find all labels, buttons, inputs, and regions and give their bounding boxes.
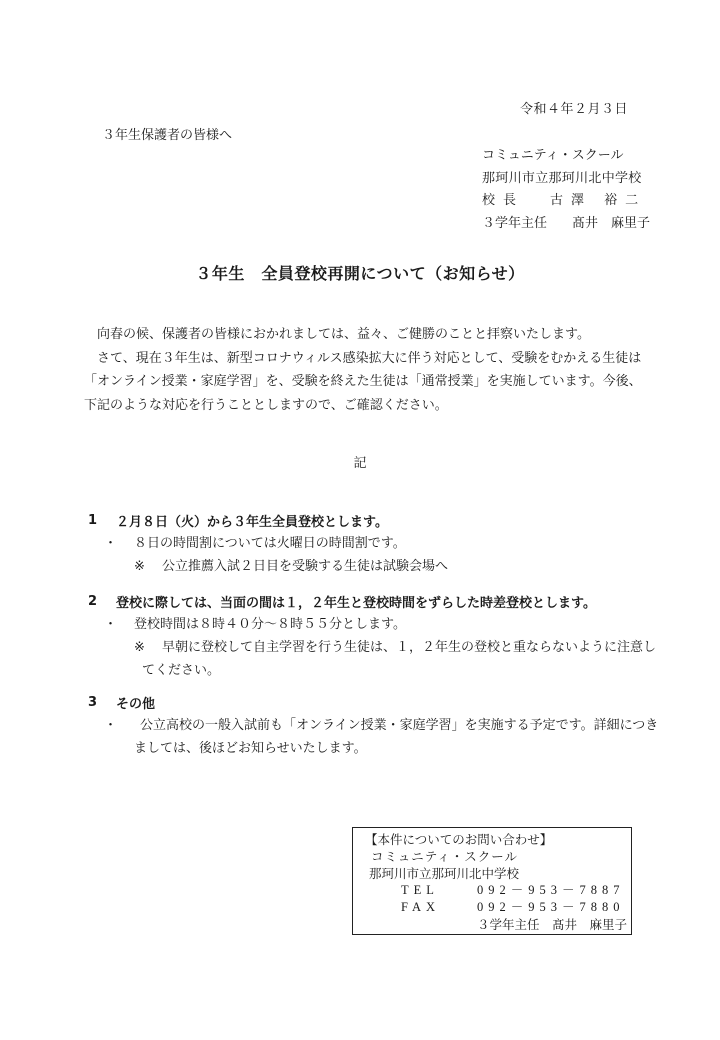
contact-school: 那珂川市立那珂川北中学校 [365,865,631,882]
section-number: 1 [88,513,116,528]
contact-tel-row: TEL 092－953－7887 [365,882,631,899]
bullet-text: 登校時間は８時４０分～８時５５分とします。 [134,613,406,636]
note-item: ※ 早朝に登校して自主学習を行う生徒は、１，２年生の登校と重ならないように注意し [88,636,668,659]
body-paragraph-main: さて、現在３年生は、新型コロナウィルス感染拡大に伴う対応として、受験をむかえる生… [84,347,644,418]
reference-mark-icon: ※ [134,636,162,659]
contact-fax-row: FAX 092－953－7880 [365,899,631,916]
contact-org: コミュニティ・スクール [365,848,631,865]
principal-name: 古澤 裕二 [550,193,646,208]
grade-role: ３学年主任 [482,213,572,236]
section-heading: 1 ２月８日（火）から３年生全員登校とします。 [88,509,668,532]
document-date: 令和４年２月３日 [520,98,628,117]
bullet-icon: ・ [88,613,134,636]
principal-role: 校長 [482,190,550,213]
note-text: 早朝に登校して自主学習を行う生徒は、１，２年生の登校と重ならないように注意し [162,636,656,659]
body-paragraph-greeting: 向春の候、保護者の皆様におかれましては、益々、ご健勝のことと拝察いたします。 [84,323,644,347]
bullet-item: ・ 公立高校の一般入試前も「オンライン授業・家庭学習」を実施する予定です。詳細に… [88,714,668,737]
note-text-continued: てください。 [88,659,668,682]
tel-label: TEL [401,882,477,899]
section-title: ２月８日（火）から３年生全員登校とします。 [116,511,388,530]
note-text: 公立推薦入試２日目を受験する生徒は試験会場へ [162,555,448,578]
bullet-icon: ・ [88,532,134,555]
sender-grade-head: ３学年主任髙井 麻里子 [482,213,650,236]
section-number: 3 [88,695,116,710]
reference-mark-icon: ※ [134,555,162,578]
sender-school: 那珂川市立那珂川北中学校 [482,168,650,191]
fax-label: FAX [401,899,477,916]
bullet-text-continued: ましては、後ほどお知らせいたします。 [88,737,668,760]
body-text: 向春の候、保護者の皆様におかれましては、益々、ご健勝のことと拝察いたします。 さ… [84,323,644,417]
fax-number: 092－953－7880 [477,899,625,916]
bullet-text: ８日の時間割については火曜日の時間割です。 [134,532,406,555]
section-1: 1 ２月８日（火）から３年生全員登校とします。 ・ ８日の時間割については火曜日… [88,509,668,578]
sender-block: コミュニティ・スクール 那珂川市立那珂川北中学校 校長古澤 裕二 ３学年主任髙井… [482,145,650,235]
note-item: ※ 公立推薦入試２日目を受験する生徒は試験会場へ [88,555,668,578]
contact-heading: 【本件についてのお問い合わせ】 [365,831,631,848]
bullet-icon: ・ [88,714,134,737]
section-3: 3 その他 ・ 公立高校の一般入試前も「オンライン授業・家庭学習」を実施する予定… [88,691,668,760]
contact-person: ３学年主任 髙井 麻里子 [365,916,631,933]
contact-box: 【本件についてのお問い合わせ】 コミュニティ・スクール 那珂川市立那珂川北中学校… [352,827,632,935]
sender-org: コミュニティ・スクール [482,145,650,168]
addressee: ３年生保護者の皆様へ [102,124,232,143]
bullet-item: ・ 登校時間は８時４０分～８時５５分とします。 [88,613,668,636]
section-heading: 2 登校に際しては、当面の間は１，２年生と登校時間をずらした時差登校とします。 [88,590,668,613]
ki-marker: 記 [0,452,720,471]
document-title: ３年生 全員登校再開について（お知らせ） [0,261,720,284]
section-title: 登校に際しては、当面の間は１，２年生と登校時間をずらした時差登校とします。 [116,592,596,611]
section-title: その他 [116,693,155,712]
grade-head-name: 髙井 麻里子 [572,216,650,231]
section-number: 2 [88,594,116,609]
section-heading: 3 その他 [88,691,668,714]
bullet-item: ・ ８日の時間割については火曜日の時間割です。 [88,532,668,555]
section-2: 2 登校に際しては、当面の間は１，２年生と登校時間をずらした時差登校とします。 … [88,590,668,682]
bullet-text: 公立高校の一般入試前も「オンライン授業・家庭学習」を実施する予定です。詳細につき [134,714,658,737]
sender-principal: 校長古澤 裕二 [482,190,650,213]
tel-number: 092－953－7887 [477,882,625,899]
